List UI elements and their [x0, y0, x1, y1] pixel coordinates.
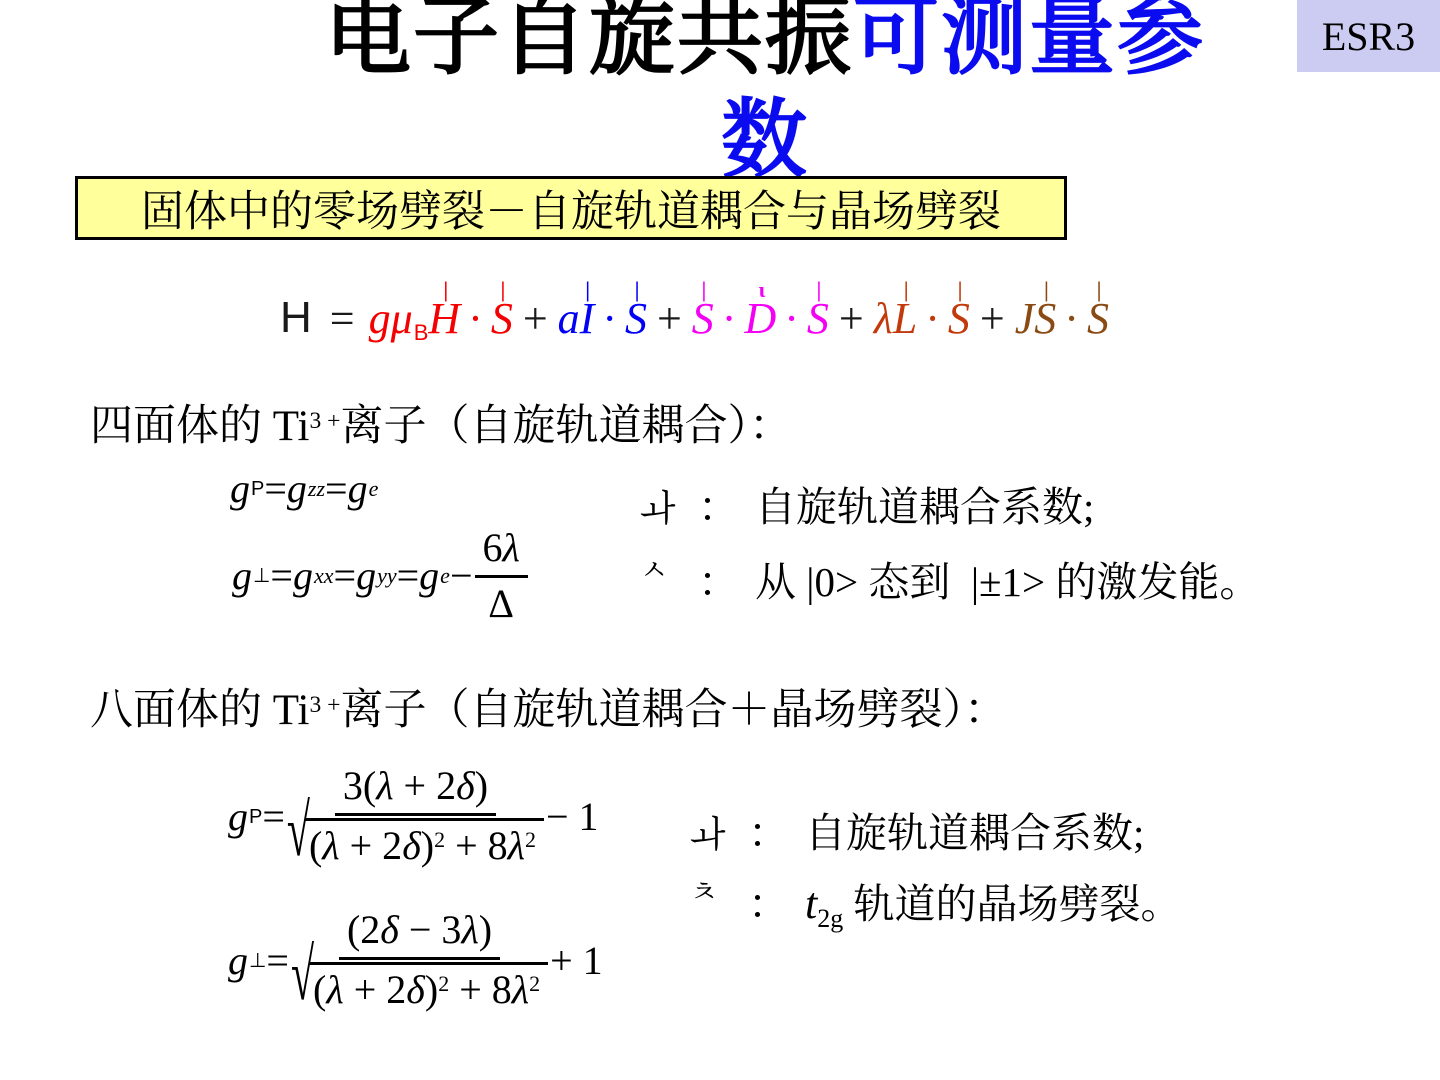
octahedral-heading: 八面体的 Ti3 +离子（自旋轨道耦合＋晶场劈裂）： [90, 676, 1007, 737]
math-token: | [701, 279, 706, 301]
math-token: = [266, 937, 289, 984]
octahedral-heading-post: 离子（自旋轨道耦合＋晶场劈裂）： [341, 687, 1008, 734]
lambda-symbol: ㅘ [640, 478, 698, 532]
zeeman-term: gμB|H·|S [369, 293, 513, 344]
ti-charge-superscript: 3 + [309, 408, 340, 434]
math-token: λ [503, 525, 520, 570]
math-token: g [348, 465, 368, 512]
math-token: + 2 [340, 823, 403, 868]
math-token: ) [421, 823, 434, 868]
math-token: ( [347, 907, 360, 952]
math-token: Δ [488, 578, 514, 627]
math-token: a [558, 294, 580, 343]
math-token: λ [376, 763, 393, 808]
tetrahedral-heading-post: 离子（自旋轨道耦合）： [341, 403, 793, 450]
math-token: λ [508, 823, 525, 868]
math-token: = [330, 293, 355, 344]
math-token: ) [479, 907, 492, 952]
math-token: λ [874, 294, 893, 343]
math-token: 6λΔ [475, 524, 528, 627]
math-token: δ [406, 967, 425, 1012]
lambda-note-text: 自旋轨道耦合系数; [805, 800, 1144, 859]
delta-note-text: 从 |0> 态到 |±1> 的激发能。 [755, 549, 1260, 608]
math-token: g [419, 552, 439, 599]
math-token: 6 [483, 525, 503, 570]
lambda-note-text: 自旋轨道耦合系数; [755, 474, 1094, 533]
math-token: g [287, 465, 307, 512]
title-blue-text: 可测量参 [853, 0, 1205, 85]
exchange-term: J|S·|S [1015, 293, 1109, 344]
math-token: + 8 [449, 967, 512, 1012]
math-token: ιD [744, 293, 776, 344]
math-token: + 2 [344, 967, 407, 1012]
math-token: √(λ + 2δ)2 + 8λ2 [287, 818, 544, 869]
cf-splitting-text: 轨道的晶场劈裂。 [843, 881, 1181, 927]
math-token: + 1 [550, 937, 603, 984]
delta-symbol: ㅅ [640, 548, 698, 589]
math-token: | [635, 279, 640, 301]
math-token: λ [326, 967, 343, 1012]
math-token: | [1044, 279, 1049, 301]
math-token: Δ [488, 581, 514, 626]
math-token: | [904, 279, 909, 301]
math-token: | [1097, 279, 1102, 301]
title-black-text: 电子自旋共振 [325, 0, 853, 85]
topic-banner-text: 固体中的零场劈裂－自旋轨道耦合与晶场劈裂 [141, 178, 1001, 239]
lambda-symbol: ㅘ [690, 804, 748, 858]
math-token: g [356, 552, 376, 599]
math-token: 3(λ + 2δ) [335, 762, 496, 816]
math-token: = [397, 552, 420, 599]
math-token: |S [491, 293, 513, 344]
g-perp-octa-equation: g⊥ = (2δ − 3λ)√(λ + 2δ)2 + 8λ2 + 1 [228, 906, 603, 1015]
math-token: |S [1087, 293, 1109, 344]
math-token: = [325, 465, 348, 512]
math-token: √ [287, 796, 310, 870]
math-token: = [264, 465, 287, 512]
math-token: g [232, 552, 252, 599]
math-token: · [460, 294, 491, 343]
math-token: | [500, 279, 505, 301]
math-token: √(λ + 2δ)2 + 8λ2 [291, 962, 548, 1013]
math-token: = [334, 552, 357, 599]
math-token: | [443, 279, 448, 301]
math-token: 3(λ + 2δ)√(λ + 2δ)2 + 8λ2 [287, 762, 544, 871]
g-perp-tetra-equation: g⊥ = gxx = gyy = ge − 6λΔ [232, 524, 530, 627]
t2g-subscript: 2g [817, 904, 843, 933]
tetra-notes: ㅘ：自旋轨道耦合系数; ㅅ：从 |0> 态到 |±1> 的激发能。 [640, 474, 1260, 608]
math-token: − 1 [546, 793, 599, 840]
math-token: δ [402, 823, 421, 868]
colon: ： [748, 871, 789, 930]
math-token: · [917, 294, 948, 343]
ti-charge-superscript: 3 + [309, 692, 340, 718]
math-token: √ [291, 940, 314, 1014]
math-token: · [776, 294, 807, 343]
math-token: ) [475, 763, 488, 808]
slide-title: 电子自旋共振可测量参 数 [90, 0, 1440, 192]
math-token: + [513, 293, 558, 344]
math-token: |S [625, 293, 647, 344]
math-token: g [293, 552, 313, 599]
math-token: (2δ − 3λ) [339, 906, 500, 960]
math-token: = [270, 552, 293, 599]
math-token: |S [948, 293, 970, 344]
zero-field-term: |S·ιD·|S [692, 293, 829, 344]
math-token: + [829, 293, 874, 344]
octahedral-heading-pre: 八面体的 Ti [90, 687, 309, 734]
tetrahedral-heading-pre: 四面体的 Ti [90, 403, 309, 450]
esr3-badge: ESR3 [1297, 0, 1440, 72]
math-token: |I [580, 293, 595, 344]
math-token: = [262, 793, 285, 840]
math-token: | [958, 279, 963, 301]
spin-orbit-term: λ|L·|S [874, 293, 970, 344]
math-token: + [970, 293, 1015, 344]
octa-notes: ㅘ：自旋轨道耦合系数; ㅊ：t2g 轨道的晶场劈裂。 [690, 800, 1181, 934]
math-token: λ [322, 823, 339, 868]
g-parallel-octa-equation: gP = 3(λ + 2δ)√(λ + 2δ)2 + 8λ2 − 1 [228, 762, 599, 871]
math-token: 2 [529, 971, 540, 996]
math-token: √(λ + 2δ)2 + 8λ2 [291, 960, 548, 1015]
math-token: 2 [434, 827, 445, 852]
math-token: λ [512, 967, 529, 1012]
math-token: 2 [525, 827, 536, 852]
math-token: + 2 [394, 763, 457, 808]
math-token: δ [380, 907, 399, 952]
math-token: + 8 [445, 823, 508, 868]
math-token: ι [759, 279, 766, 301]
title-line1: 电子自旋共振可测量参 [90, 0, 1440, 89]
math-token: |S [692, 293, 714, 344]
math-token: |S [807, 293, 829, 344]
t2g-note-text: t2g 轨道的晶场劈裂。 [805, 871, 1181, 934]
delta-cf-symbol: ㅊ [690, 870, 748, 911]
math-token: · [1056, 294, 1087, 343]
math-token: |S [1034, 293, 1056, 344]
math-token: ) [425, 967, 438, 1012]
t-symbol: t [805, 879, 817, 928]
math-token: δ [456, 763, 475, 808]
math-token: (λ + 2δ)2 + 8λ2 [309, 962, 548, 1013]
math-token: B [414, 320, 429, 345]
math-token: |L [893, 293, 917, 344]
math-token: (2δ − 3λ)√(λ + 2δ)2 + 8λ2 [291, 906, 548, 1015]
math-token: + [647, 293, 692, 344]
tetrahedral-heading: 四面体的 Ti3 +离子（自旋轨道耦合）： [90, 392, 792, 453]
lambda-note: ㅘ：自旋轨道耦合系数; [640, 474, 1260, 533]
math-token: g [228, 937, 248, 984]
math-token: · [594, 294, 625, 343]
colon: ： [698, 549, 739, 608]
math-token: J [1015, 294, 1035, 343]
hamiltonian-equation: H=gμB|H·|S+a|I·|S+|S·ιD·|S+λ|L·|S+J|S·|S [280, 282, 1109, 354]
math-token: (λ + 2δ)2 + 8λ2 [305, 818, 544, 869]
colon: ： [748, 800, 789, 859]
math-token: · [714, 294, 745, 343]
math-token: − 3 [399, 907, 462, 952]
math-token: |H [428, 293, 460, 344]
math-token: ( [309, 823, 322, 868]
math-token: ( [313, 967, 326, 1012]
math-token: | [817, 279, 822, 301]
colon: ： [698, 474, 739, 533]
math-token: μ [391, 294, 413, 343]
math-token: 2 [360, 907, 380, 952]
math-token: | [585, 279, 590, 301]
delta-note: ㅅ：从 |0> 态到 |±1> 的激发能。 [640, 549, 1260, 608]
hyperfine-term: a|I·|S [558, 293, 647, 344]
math-token: g [369, 294, 391, 343]
math-token: H [280, 293, 312, 343]
math-token: − [450, 552, 473, 599]
delta-cf-note: ㅊ：t2g 轨道的晶场劈裂。 [690, 871, 1181, 934]
topic-banner: 固体中的零场劈裂－自旋轨道耦合与晶场劈裂 [75, 176, 1067, 240]
math-token: g [230, 465, 250, 512]
math-token: 2 [438, 971, 449, 996]
lambda-note: ㅘ：自旋轨道耦合系数; [690, 800, 1181, 859]
math-token: g [228, 793, 248, 840]
math-token: 6λ [475, 524, 528, 578]
math-token: √(λ + 2δ)2 + 8λ2 [287, 816, 544, 871]
math-token: 3( [343, 763, 376, 808]
esr3-badge-label: ESR3 [1322, 13, 1415, 60]
g-parallel-tetra-equation: gP = gzz = ge [230, 465, 378, 512]
math-token: λ [461, 907, 478, 952]
